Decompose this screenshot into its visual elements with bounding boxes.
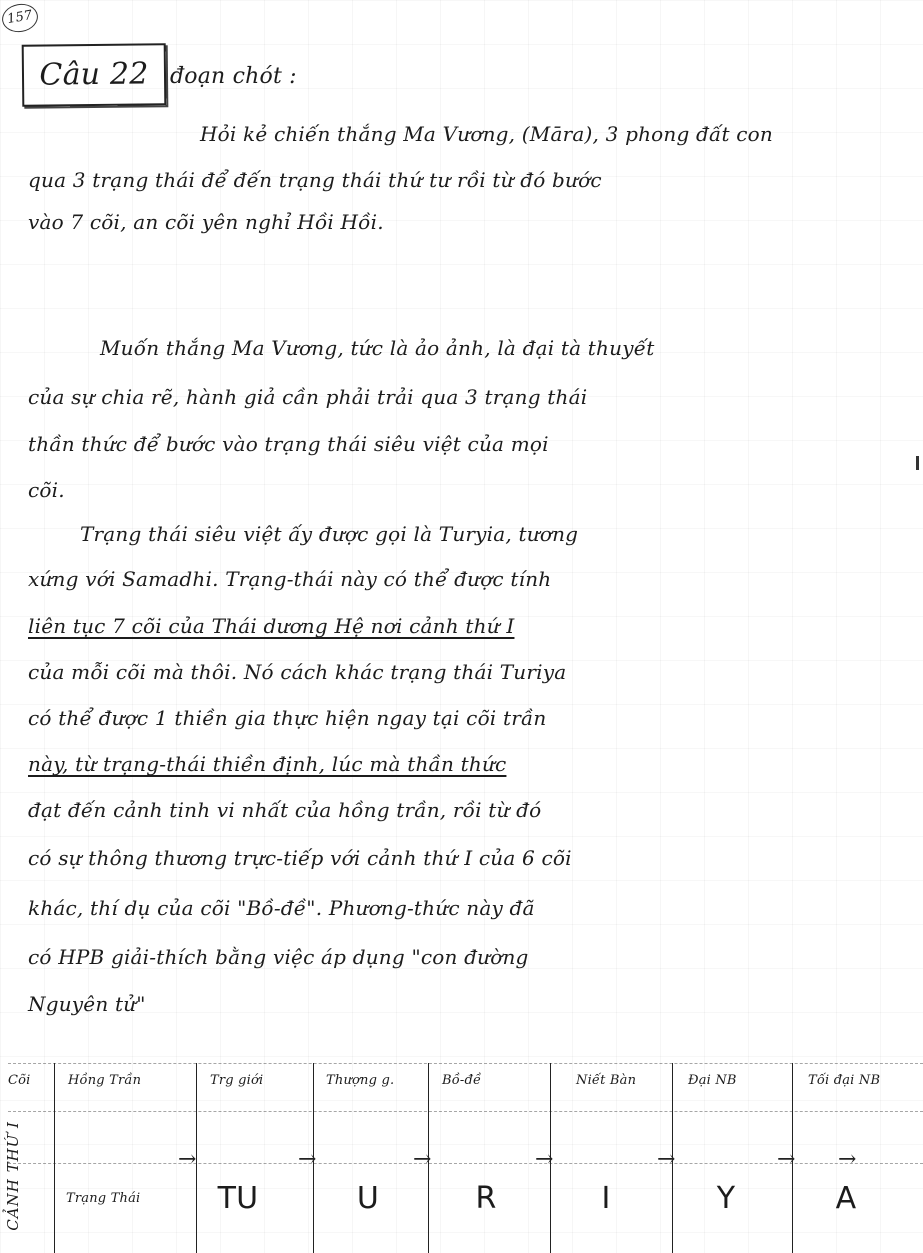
table-rule: [8, 1063, 923, 1064]
arrow-icon: →: [178, 1151, 197, 1169]
table-header: Cõi: [8, 1073, 31, 1088]
turiya-letter: A: [816, 1181, 876, 1216]
arrow-icon: →: [298, 1151, 317, 1169]
arrow-icon: →: [777, 1151, 796, 1169]
question-label-box: Câu 22: [22, 43, 167, 107]
table-header: Trg giới: [210, 1073, 263, 1088]
arrow-icon: →: [657, 1151, 676, 1169]
turiya-letter: Y: [696, 1181, 756, 1216]
answer-line-underlined: này, từ trạng-thái thiền định, lúc mà th…: [28, 752, 506, 776]
turiya-letter: I: [576, 1181, 636, 1216]
arrow-icon: →: [838, 1151, 857, 1169]
answer-line: có thể được 1 thiền gia thực hiện ngay t…: [28, 706, 547, 730]
table-header: Niết Bàn: [576, 1073, 636, 1088]
table-rule: [8, 1111, 923, 1112]
margin-mark: [916, 456, 919, 470]
answer-line: Trạng thái siêu việt ấy được gọi là Tury…: [80, 522, 578, 546]
answer-line: cõi.: [28, 478, 65, 502]
answer-line: có HPB giải-thích bằng việc áp dụng "con…: [28, 945, 529, 969]
answer-line: khác, thí dụ của cõi "Bồ-đề". Phương-thứ…: [28, 896, 535, 920]
answer-line: Nguyên tử": [28, 992, 146, 1016]
answer-line: Muốn thắng Ma Vương, tức là ảo ảnh, là đ…: [100, 336, 654, 360]
table-header: Thượng g.: [326, 1073, 394, 1088]
question-line: qua 3 trạng thái để đến trạng thái thứ t…: [28, 168, 602, 192]
question-line: Hỏi kẻ chiến thắng Ma Vương, (Māra), 3 p…: [200, 122, 773, 146]
table-vertical-label: CẢNH THỨ I: [4, 1121, 22, 1231]
answer-line: đạt đến cảnh tinh vi nhất của hồng trần,…: [28, 798, 541, 822]
answer-line: có sự thông thương trực-tiếp với cảnh th…: [28, 846, 572, 870]
question-line: vào 7 cõi, an cõi yên nghỉ Hồi Hồi.: [28, 210, 384, 234]
turiya-letter: U: [338, 1181, 398, 1216]
arrow-icon: →: [413, 1151, 432, 1169]
answer-line: của mỗi cõi mà thôi. Nó cách khác trạng …: [28, 660, 566, 684]
answer-line-underlined: liên tục 7 cõi của Thái dương Hệ nơi cản…: [28, 614, 514, 638]
table-header: Đại NB: [688, 1073, 737, 1088]
table-row-label: Trạng Thái: [66, 1191, 140, 1206]
planes-table: Cõi Hồng Trần Trg giới Thượng g. Bồ-đề N…: [8, 1063, 923, 1253]
answer-line: xứng với Samadhi. Trạng-thái này có thể …: [28, 567, 551, 591]
turiya-letter: TU: [208, 1181, 268, 1216]
question-suffix: đoạn chót :: [170, 64, 297, 89]
turiya-letter: R: [456, 1181, 516, 1216]
answer-line: của sự chia rẽ, hành giả cần phải trải q…: [28, 385, 587, 409]
table-header: Hồng Trần: [68, 1073, 141, 1088]
table-column-divider: [54, 1063, 55, 1253]
table-header: Bồ-đề: [442, 1073, 481, 1088]
answer-line: thần thức để bước vào trạng thái siêu vi…: [28, 432, 549, 456]
table-header: Tối đại NB: [808, 1073, 880, 1088]
arrow-icon: →: [535, 1151, 554, 1169]
page-number: 157: [0, 1, 40, 35]
